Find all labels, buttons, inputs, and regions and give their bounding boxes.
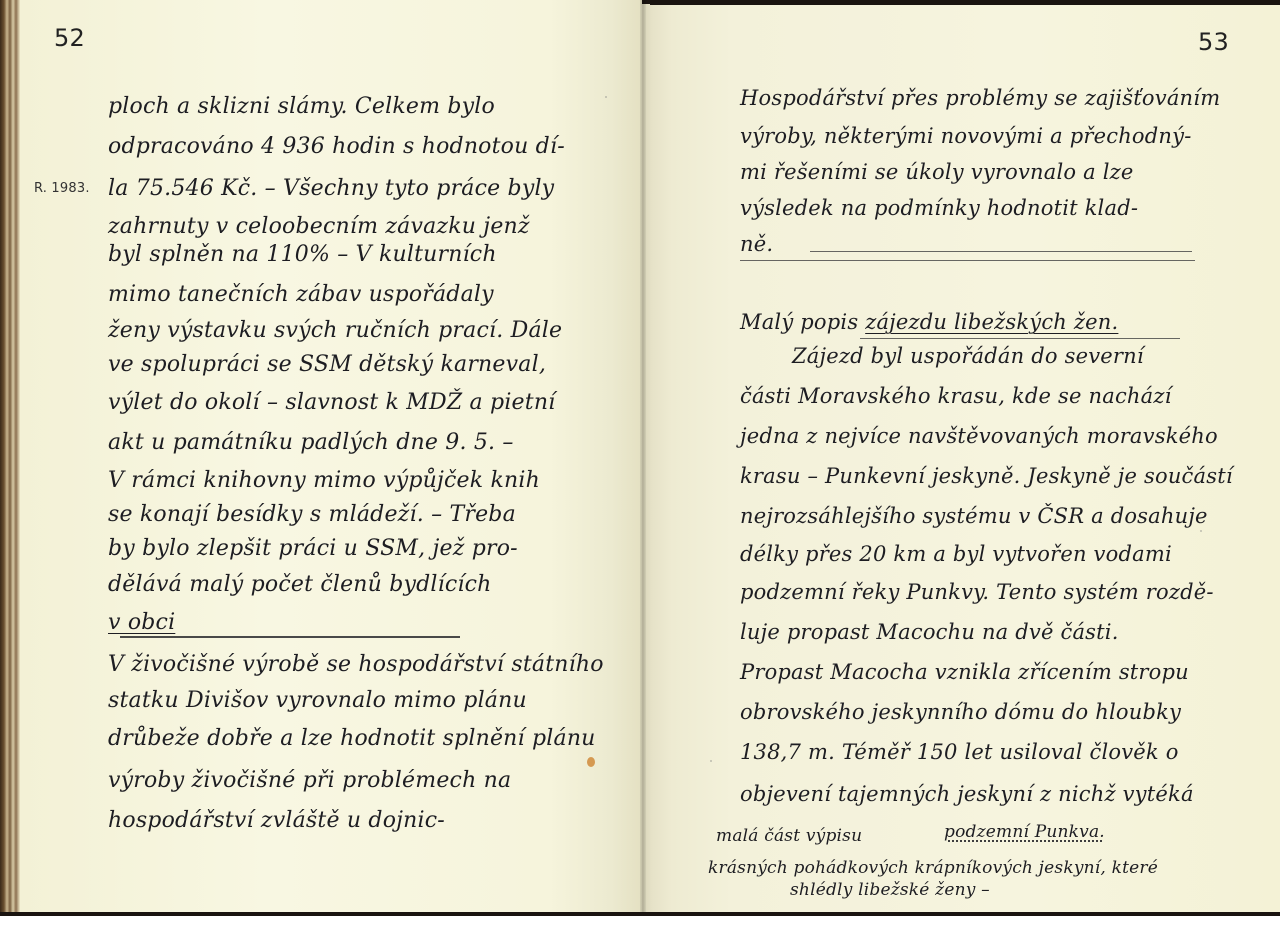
text-line: ve spolupráci se SSM dětský karneval,	[108, 352, 546, 377]
text-line: hospodářství zvláště u dojnic-	[108, 808, 445, 833]
text-line: dělává malý počet členů bydlících	[108, 572, 492, 597]
book-cover-edge	[0, 0, 20, 916]
text-line: v obci	[108, 610, 175, 635]
section-title-prefix: Malý popis	[740, 310, 865, 334]
text-line: výlet do okolí – slavnost k MDŽ a pietní	[108, 390, 555, 415]
text-line: mi řešeními se úkoly vyrovnalo a lze	[740, 160, 1134, 184]
text-line: V rámci knihovny mimo výpůjček knih	[108, 468, 540, 493]
page-number-left: 52	[54, 24, 85, 52]
text-line: Propast Macocha vznikla zřícením stropu	[740, 660, 1189, 684]
text-line: ženy výstavku svých ručních prací. Dále	[108, 318, 562, 343]
text-line-insert: podzemní Punkva.	[944, 822, 1105, 842]
text-line: 138,7 m. Téměř 150 let usiloval člověk o	[740, 740, 1179, 764]
section-title-underlined: zájezdu libežských žen.	[865, 310, 1118, 334]
text-line: drůbeže dobře a lze hodnotit splnění plá…	[108, 726, 596, 751]
book-spine	[640, 0, 646, 916]
paper-speck	[710, 760, 712, 762]
paper-speck	[605, 96, 607, 98]
footnote-excerpt: malá část výpisu	[716, 826, 862, 846]
text-line: statku Divišov vyrovnalo mimo plánu	[108, 688, 527, 713]
text-line: luje propast Macochu na dvě části.	[740, 620, 1119, 644]
text-line: byl splněn na 110% – V kulturních	[108, 242, 497, 267]
margin-note-year: R. 1983.	[34, 181, 90, 196]
text-line: shlédly libežské ženy –	[790, 880, 990, 900]
section-divider	[120, 636, 460, 638]
text-line: jedna z nejvíce navštěvovaných moravskéh…	[740, 424, 1218, 448]
text-line: nejrozsáhlejšího systému v ČSR a dosahuj…	[740, 504, 1208, 528]
text-line: odpracováno 4 936 hodin s hodnotou dí-	[108, 134, 565, 159]
bottom-edge	[0, 912, 1280, 916]
text-line: akt u památníku padlých dne 9. 5. –	[108, 430, 514, 455]
text-line: podzemní řeky Punkvy. Tento systém rozdě…	[740, 580, 1214, 604]
text-line: Hospodářství přes problémy se zajišťován…	[740, 86, 1220, 110]
text-line: obrovského jeskynního dómu do hloubky	[740, 700, 1181, 724]
ink-stain	[587, 757, 595, 767]
page-number-right: 53	[1198, 28, 1229, 56]
text-line: objevení tajemných jeskyní z nichž vyték…	[740, 782, 1194, 806]
text-line: mimo tanečních zábav uspořádaly	[108, 282, 494, 307]
text-line: by bylo zlepšit práci u SSM, jež pro-	[108, 536, 518, 561]
text-line: výsledek na podmínky hodnotit klad-	[740, 196, 1138, 220]
top-edge	[650, 0, 1280, 5]
paper-speck	[1200, 530, 1202, 532]
text-line: V živočišné výrobě se hospodářství státn…	[108, 652, 604, 677]
text-line: ně.	[740, 232, 773, 256]
text-line: krásných pohádkových krápníkových jeskyn…	[708, 858, 1158, 878]
closing-rule	[740, 260, 1195, 261]
text-line: se konají besídky s mládeží. – Třeba	[108, 502, 516, 527]
text-line: výroby živočišné při problémech na	[108, 768, 511, 793]
text-line: la 75.546 Kč. – Všechny tyto práce byly	[108, 176, 554, 201]
closing-rule	[810, 251, 1192, 252]
text-line: Zájezd byl uspořádán do severní	[792, 344, 1144, 368]
text-line: části Moravského krasu, kde se nachází	[740, 384, 1172, 408]
text-line: výroby, některými novovými a přechodný-	[740, 124, 1192, 148]
text-line: délky přes 20 km a byl vytvořen vodami	[740, 542, 1172, 566]
text-line: krasu – Punkevní jeskyně. Jeskyně je sou…	[740, 464, 1233, 488]
section-title: Malý popis zájezdu libežských žen.	[740, 310, 1118, 334]
title-underline	[860, 338, 1180, 339]
text-line: zahrnuty v celoobecním závazku jenž	[108, 214, 530, 239]
text-line: ploch a sklizni slámy. Celkem bylo	[108, 94, 495, 119]
